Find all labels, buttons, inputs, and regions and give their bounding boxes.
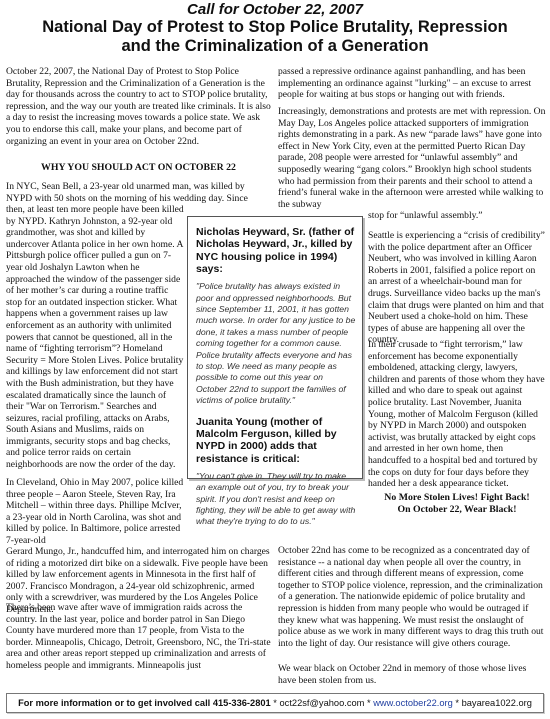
page-title-line1: National Day of Protest to Stop Police B… (0, 18, 550, 37)
para-nypd-killings: then, at least ten more people have been… (6, 204, 184, 471)
quote1-text: "Police brutality has always existed in … (196, 281, 356, 406)
footer-separator: * (453, 698, 462, 708)
quote1-attribution: Nicholas Heyward, Sr. (father of Nichola… (196, 226, 356, 275)
para-demonstrations: Increasingly, demonstrations and protest… (278, 106, 546, 210)
quote2-attribution: Juanita Young (mother of Malcolm Ferguso… (196, 416, 356, 465)
para-wear-black: We wear black on October 22nd in memory … (278, 663, 546, 686)
section-heading: WHY YOU SHOULD ACT ON OCTOBER 22 (6, 162, 271, 174)
footer-contact-box: For more information or to get involved … (6, 693, 544, 713)
page-title-line2: and the Criminalization of a Generation (0, 37, 550, 56)
footer-lead: For more information or to get involved … (18, 698, 271, 708)
para-cleveland: In Cleveland, Ohio in May 2007, police k… (6, 477, 184, 547)
slogan-line1: No More Stolen Lives! Fight Back! (368, 492, 546, 504)
page-header: Call for October 22, 2007 National Day o… (0, 0, 550, 56)
intro-paragraph: October 22, 2007, the National Day of Pr… (6, 66, 271, 147)
footer-separator: * (271, 698, 280, 708)
footer-email-link[interactable]: oct22sf@yahoo.com (280, 698, 365, 708)
para-demonstrations-tail: stop for “unlawful assembly.” (368, 210, 546, 222)
para-crusade: In their crusade to “fight terrorism,” l… (368, 339, 546, 490)
para-seattle: Seattle is experiencing a “crisis of cre… (368, 230, 546, 346)
quote-box: Nicholas Heyward, Sr. (father of Nichola… (187, 216, 363, 479)
quote2-text: "You can't give in. They will try to mak… (196, 471, 356, 528)
para-sean-bell: In NYC, Sean Bell, a 23-year old unarmed… (6, 181, 271, 204)
para-immigration-raids: There’s been wave after wave of immigrat… (6, 602, 271, 672)
footer-website2-link[interactable]: bayarea1022.org (462, 698, 532, 708)
footer-website-link[interactable]: www.october22.org (373, 698, 453, 708)
subtitle: Call for October 22, 2007 (0, 2, 550, 18)
para-ordinance: passed a repressive ordinance against pa… (278, 66, 546, 101)
footer-separator: * (364, 698, 373, 708)
para-october22: October 22nd has come to be recognized a… (278, 545, 546, 649)
slogan-line2: On October 22, Wear Black! (368, 504, 546, 516)
